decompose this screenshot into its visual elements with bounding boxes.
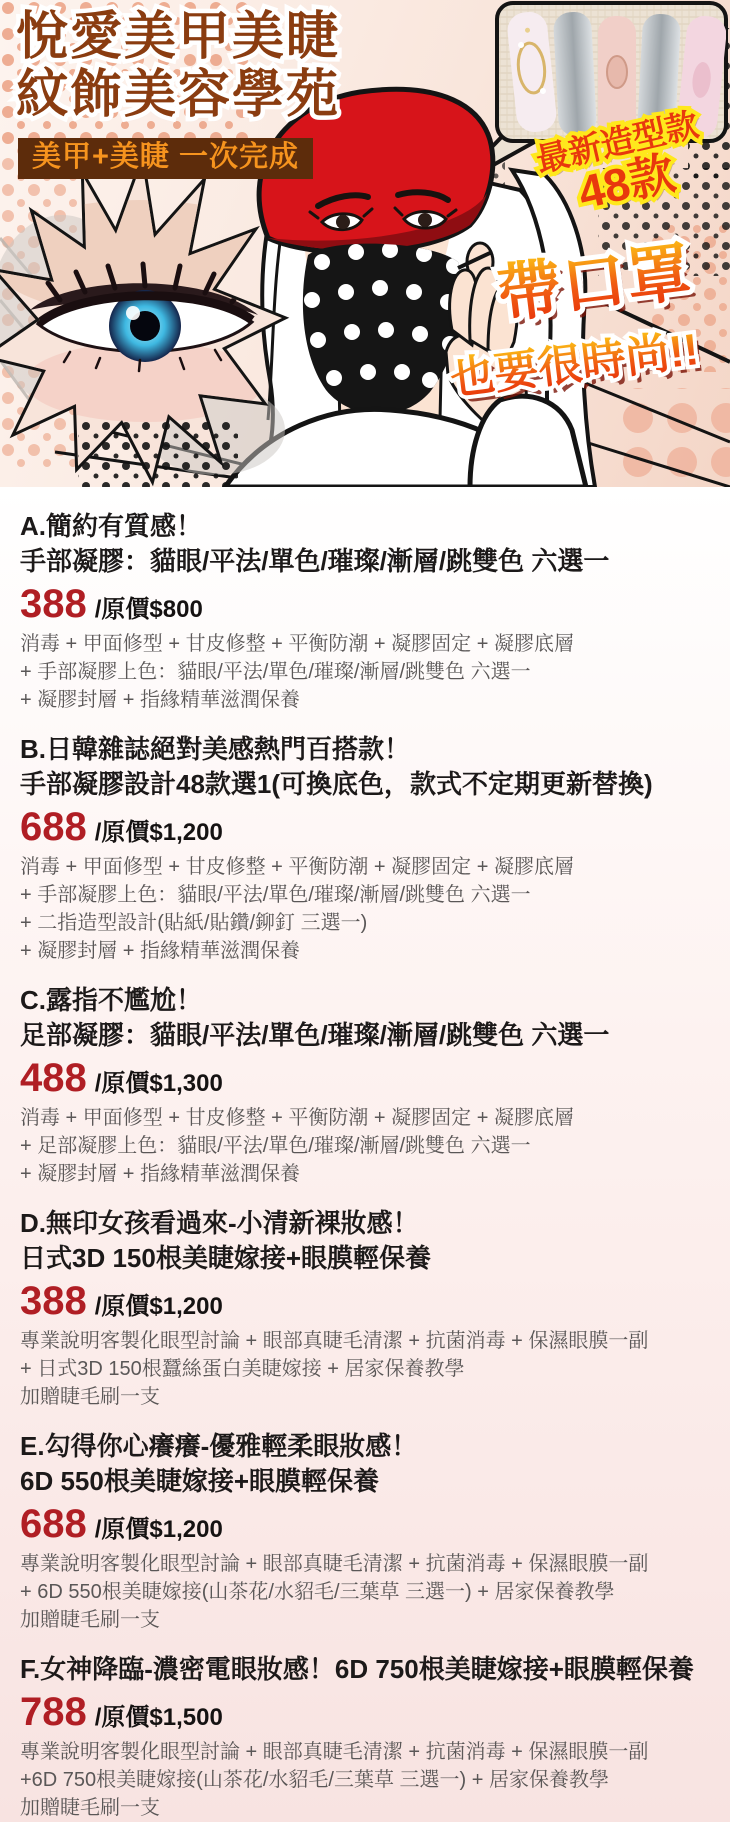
price-value: 388 (20, 1279, 87, 1323)
package-detail: + 6D 550根美睫嫁接(山茶花/水貂毛/三葉草 三選一) + 居家保養教學 (20, 1578, 710, 1606)
package-d: D.無印女孩看過來-小清新裸妝感！ 日式3D 150根美睫嫁接+眼膜輕保養 38… (20, 1206, 710, 1411)
package-title: B.日韓雜誌絕對美感熱門百搭款！ (20, 732, 710, 767)
price-row: 688 /原價$1,200 (20, 1502, 710, 1546)
package-detail: 消毒 + 甲面修型 + 甘皮修整 + 平衡防潮 + 凝膠固定 + 凝膠底層 (20, 1104, 710, 1132)
package-detail: + 手部凝膠上色：貓眼/平法/單色/璀璨/漸層/跳雙色 六選一 (20, 658, 710, 686)
package-detail: 專業說明客製化眼型討論 + 眼部真睫毛清潔 + 抗菌消毒 + 保濕眼膜一副 (20, 1550, 710, 1578)
package-detail: 消毒 + 甲面修型 + 甘皮修整 + 平衡防潮 + 凝膠固定 + 凝膠底層 (20, 630, 710, 658)
package-subtitle: 手部凝膠設計48款選1(可換底色，款式不定期更新替換) (20, 767, 710, 802)
original-price: /原價$1,500 (95, 1697, 223, 1732)
price-row: 388 /原價$800 (20, 582, 710, 626)
price-row: 488 /原價$1,300 (20, 1056, 710, 1100)
package-detail: + 足部凝膠上色：貓眼/平法/單色/璀璨/漸層/跳雙色 六選一 (20, 1132, 710, 1160)
original-price: /原價$1,300 (95, 1063, 223, 1098)
package-detail: 消毒 + 甲面修型 + 甘皮修整 + 平衡防潮 + 凝膠固定 + 凝膠底層 (20, 853, 710, 881)
package-title: D.無印女孩看過來-小清新裸妝感！ (20, 1206, 710, 1241)
price-row: 688 /原價$1,200 (20, 805, 710, 849)
original-price: /原價$1,200 (95, 1286, 223, 1321)
package-title: C.露指不尷尬！ (20, 983, 710, 1018)
price-value: 788 (20, 1690, 87, 1734)
package-detail: 專業說明客製化眼型討論 + 眼部真睫毛清潔 + 抗菌消毒 + 保濕眼膜一副 (20, 1738, 710, 1766)
promo-banner: 悅愛美甲美睫 悅愛美甲美睫 紋飾美容學苑 紋飾美容學苑 美甲+美睫 一次完成 最… (0, 0, 730, 487)
price-row: 788 /原價$1,500 (20, 1690, 710, 1734)
package-detail: + 凝膠封層 + 指緣精華滋潤保養 (20, 1160, 710, 1188)
original-price: /原價$800 (95, 589, 203, 624)
package-f: F.女神降臨-濃密電眼妝感！6D 750根美睫嫁接+眼膜輕保養 788 /原價$… (20, 1652, 710, 1822)
package-e: E.勾得你心癢癢-優雅輕柔眼妝感！ 6D 550根美睫嫁接+眼膜輕保養 688 … (20, 1429, 710, 1634)
package-detail: + 凝膠封層 + 指緣精華滋潤保養 (20, 686, 710, 714)
package-a: A.簡約有質感！ 手部凝膠：貓眼/平法/單色/璀璨/漸層/跳雙色 六選一 388… (20, 509, 710, 714)
package-subtitle: 日式3D 150根美睫嫁接+眼膜輕保養 (20, 1241, 710, 1276)
academy-title-line1: 悅愛美甲美睫 悅愛美甲美睫 (16, 8, 340, 66)
package-b: B.日韓雜誌絕對美感熱門百搭款！ 手部凝膠設計48款選1(可換底色，款式不定期更… (20, 732, 710, 965)
academy-title: 悅愛美甲美睫 悅愛美甲美睫 紋飾美容學苑 紋飾美容學苑 (16, 8, 340, 124)
combo-badge: 美甲+美睫 一次完成 (18, 138, 313, 179)
price-value: 488 (20, 1056, 87, 1100)
package-detail: 加贈睫毛刷一支 (20, 1383, 710, 1411)
price-row: 388 /原價$1,200 (20, 1279, 710, 1323)
package-detail: + 日式3D 150根蠶絲蛋白美睫嫁接 + 居家保養教學 (20, 1355, 710, 1383)
original-price: /原價$1,200 (95, 1509, 223, 1544)
package-subtitle: 足部凝膠：貓眼/平法/單色/璀璨/漸層/跳雙色 六選一 (20, 1018, 710, 1053)
package-title: F.女神降臨-濃密電眼妝感！6D 750根美睫嫁接+眼膜輕保養 (20, 1652, 710, 1687)
package-detail: 專業說明客製化眼型討論 + 眼部真睫毛清潔 + 抗菌消毒 + 保濕眼膜一副 (20, 1327, 710, 1355)
package-detail: 加贈睫毛刷一支 (20, 1606, 710, 1634)
package-detail: + 手部凝膠上色：貓眼/平法/單色/璀璨/漸層/跳雙色 六選一 (20, 881, 710, 909)
academy-title-line2: 紋飾美容學苑 紋飾美容學苑 (16, 66, 340, 124)
price-value: 688 (20, 1502, 87, 1546)
package-detail: + 凝膠封層 + 指緣精華滋潤保養 (20, 937, 710, 965)
package-title: E.勾得你心癢癢-優雅輕柔眼妝感！ (20, 1429, 710, 1464)
package-subtitle: 手部凝膠：貓眼/平法/單色/璀璨/漸層/跳雙色 六選一 (20, 544, 710, 579)
price-menu: A.簡約有質感！ 手部凝膠：貓眼/平法/單色/璀璨/漸層/跳雙色 六選一 388… (0, 487, 730, 1822)
package-detail: + 二指造型設計(貼紙/貼鑽/鉚釘 三選一) (20, 909, 710, 937)
package-subtitle: 6D 550根美睫嫁接+眼膜輕保養 (20, 1464, 710, 1499)
original-price: /原價$1,200 (95, 812, 223, 847)
package-c: C.露指不尷尬！ 足部凝膠：貓眼/平法/單色/璀璨/漸層/跳雙色 六選一 488… (20, 983, 710, 1188)
package-detail: 加贈睫毛刷一支 (20, 1794, 710, 1822)
price-value: 388 (20, 582, 87, 626)
package-detail: +6D 750根美睫嫁接(山茶花/水貂毛/三葉草 三選一) + 居家保養教學 (20, 1766, 710, 1794)
price-value: 688 (20, 805, 87, 849)
package-title: A.簡約有質感！ (20, 509, 710, 544)
